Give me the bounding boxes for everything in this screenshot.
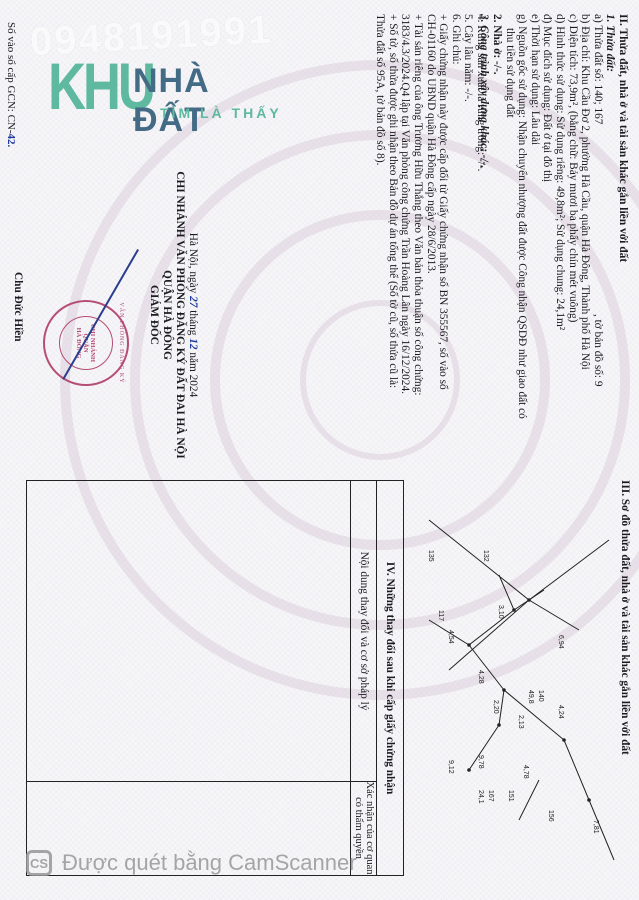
column-changes: Nội dung thay đổi và cơ sở pháp lý [351, 481, 377, 782]
brand-logo: KHU NHÀ ĐẤT TÌM LÀ THẤY [48, 50, 288, 130]
usage-form: d) Hình thức sử dụng: Sử dụng riêng: 49,… [553, 14, 566, 454]
note-line: 3183/4.3/2024.Q4 lập tại Văn phòng công … [399, 14, 412, 454]
parcel-label: 151 [507, 790, 514, 802]
official-stamp: VĂN PHÒNG ĐĂNG KÝ CHI NHÁNH QUẬN HÀ ĐÔNG [43, 300, 129, 386]
parcel-number-value: a) Thửa đất số: 140; 167 [591, 14, 604, 314]
parcel-area-label: 24,1 [477, 790, 484, 804]
section-land-info: II. Thửa đất, nhà ở và tài sản khác gắn … [478, 14, 629, 454]
stamp-top-text: VĂN PHÒNG ĐĂNG KÝ [118, 302, 124, 384]
parcel-label: 140 [537, 690, 544, 702]
note-line: + Tài sản riêng của ông Trương Hữu Thắng… [411, 14, 424, 454]
section-changes-table: IV. Những thay đổi sau khi cấp giấy chứn… [26, 480, 404, 876]
camscanner-icon: CS [26, 850, 52, 876]
area: c) Diện tích: 73,9m², (bằng chữ: Bảy mươ… [566, 14, 579, 454]
date-day: 27 [187, 296, 199, 307]
house: 2. Nhà ở: -/-. [490, 14, 503, 454]
parcel-label: 167 [487, 790, 494, 802]
map-sheet-number: , tờ bản đồ số: 9 [592, 314, 604, 387]
note-line: + Số tờ, số thửa được ghi nhận theo Bản … [386, 14, 399, 454]
note-line: + Giấy chứng nhận này được cấp đổi từ Gi… [437, 14, 450, 454]
signer-title: GIÁM ĐỐC [147, 150, 160, 480]
usage-purpose: đ) Mục đích sử dụng: Đất ở tại đô thị [541, 14, 554, 454]
parcel-label: 135 [427, 550, 434, 562]
section2-title: II. Thửa đất, nhà ở và tài sản khác gắn … [616, 14, 629, 454]
camscanner-text: Được quét bằng CamScanner [62, 850, 357, 876]
note-line: CH-01160 do UBND quận Hà Đông cấp ngày 2… [424, 14, 437, 454]
section3-title: III. Sơ đồ thửa đất, nhà ở và tài sản kh… [619, 480, 631, 755]
section4-title: IV. Những thay đổi sau khi cấp giấy chứn… [376, 481, 403, 875]
column-divider [27, 781, 351, 782]
parcel-label: 156 [547, 810, 554, 822]
edge-length: 3,10 [497, 605, 504, 619]
parcel-label: 132 [482, 550, 489, 562]
org-line2: QUẬN HÀ ĐÔNG [160, 150, 173, 480]
date-month: 12 [187, 338, 199, 349]
section3-title-text: III. Sơ đồ thửa đất, nhà ở và tài sản kh… [619, 480, 631, 755]
edge-length: 4,28 [477, 670, 484, 684]
parcel-number: a) Thửa đất số: 140; 167, tờ bản đồ số: … [591, 14, 604, 454]
camscanner-watermark: CS Được quét bằng CamScanner [26, 850, 357, 876]
notes-heading: 6. Ghi chú: [449, 14, 462, 454]
edge-length: 7,81 [592, 820, 599, 834]
edge-length: 2,20 [492, 700, 499, 714]
place-date-prefix: Hà Nội, ngày [187, 233, 199, 294]
forest: 4. Rừng sản xuất là rừng trồng: -/-. [474, 14, 487, 454]
edge-length: 9,12 [447, 760, 454, 774]
usage-term: e) Thời hạn sử dụng: Lâu dài [528, 14, 541, 454]
note-line: Thửa đất số 95A, tờ bản đồ số 8). [374, 14, 387, 454]
edge-length: 4,54 [447, 630, 454, 644]
edge-length: 2,13 [517, 715, 524, 729]
section-notes: 4. Rừng sản xuất là rừng trồng: -/-. 5. … [374, 14, 487, 454]
edge-length: 9,78 [477, 755, 484, 769]
signer-name: Chu Đức Hiền [12, 272, 24, 342]
table-header: Nội dung thay đổi và cơ sở pháp lý Xác n… [350, 481, 377, 875]
parcel-label: 117 [437, 610, 444, 621]
month-label: tháng [187, 310, 199, 335]
date-year: năm 2024 [187, 352, 199, 397]
logo-brand: NHÀ ĐẤT [133, 62, 288, 140]
org-line1: CHI NHÁNH VĂN PHÒNG ĐĂNG KÝ ĐẤT ĐAI HÀ N… [173, 150, 186, 480]
certificate-page: II. Thửa đất, nhà ở và tài sản khác gắn … [0, 0, 639, 900]
column-confirmation-line1: Xác nhận của cơ quan [364, 781, 375, 875]
usage-origin: g) Nguồn gốc sử dụng: Nhận chuyển nhượng… [516, 14, 529, 454]
stamp-inner: CHI NHÁNH QUẬN HÀ ĐÔNG [59, 316, 113, 370]
signature-area: Hà Nội, ngày 27 tháng 12 năm 2024 CHI NH… [147, 150, 199, 480]
perennial: 5. Cây lâu năm: -/-. [462, 14, 475, 454]
registry-note: Số vào sổ cấp GCN: CN-42. [5, 22, 17, 147]
registry-label: Số vào sổ cấp GCN: CN- [5, 22, 17, 134]
land-heading: 1. Thửa đất: [604, 14, 617, 454]
edge-length: 4,24 [557, 705, 564, 719]
logo-slogan: TÌM LÀ THẤY [160, 105, 282, 121]
parcel-map: 132 140 49,8 117 135 151 156 167 24,1 6,… [419, 480, 619, 900]
address: b) Địa chỉ: Khu Cầu Đơ 2, phường Hà Cầu,… [579, 14, 592, 454]
edge-length: 4,78 [522, 765, 529, 779]
registry-number: 42. [5, 134, 17, 148]
place-date: Hà Nội, ngày 27 tháng 12 năm 2024 [186, 150, 199, 480]
edge-length: 6,94 [557, 635, 564, 649]
parcel-area-label: 49,8 [527, 690, 534, 704]
usage-origin-cont: thu tiền sử dụng đất [503, 14, 516, 454]
